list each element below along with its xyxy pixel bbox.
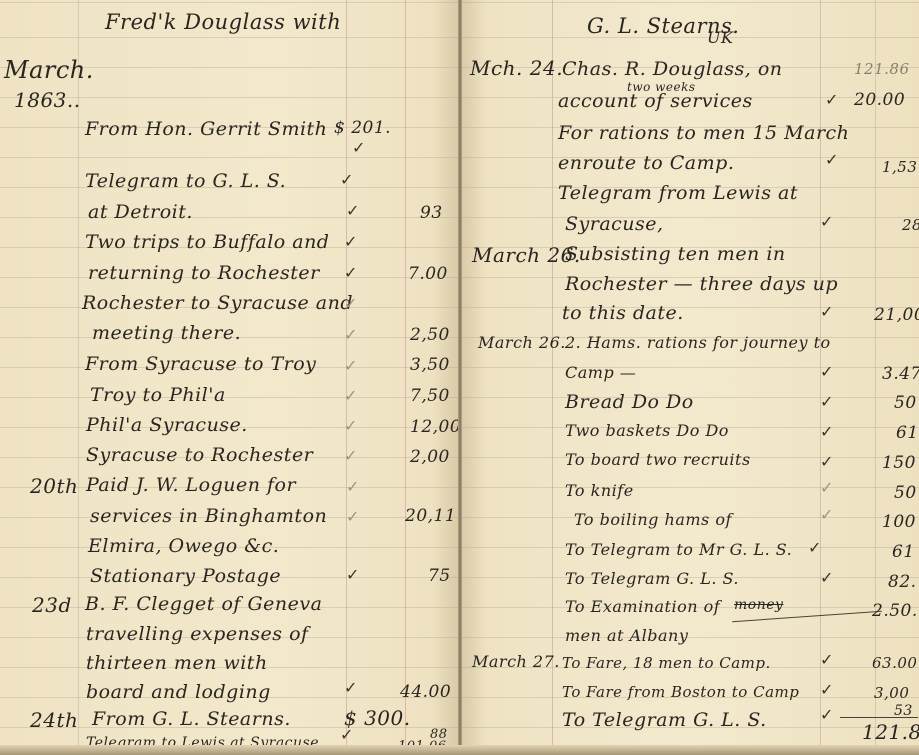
check-mark-icon: ✓ [344,232,357,251]
check-mark-icon: ✓ [820,452,833,471]
ruled-lines [462,0,919,755]
entry-text: To knife [565,481,634,500]
total-rule [840,717,918,718]
check-mark-icon: ✓ [820,680,833,699]
entry-text: To boiling hams of [574,510,732,529]
amount-column-rule [875,0,876,755]
check-mark-icon: ✓ [344,263,357,282]
entry-amount: 28 [902,216,919,234]
left-ledger-page: Fred'k Douglass with March. 1863.. From … [0,0,460,755]
entry-text: Chas. R. Douglass, on [562,58,783,80]
entry-text: For rations to men 15 March [558,122,849,144]
check-mark-icon: ✓ [808,538,821,557]
check-mark-icon: ✓ [346,507,359,526]
entry-text: 2. Hams. rations for journey to [565,333,831,352]
entry-debit: $ 300. [344,706,411,730]
entry-amount: 2,00 [410,447,450,467]
entry-amount-faded: 121.86 [854,60,910,78]
entry-amount: 20,11 [405,506,456,526]
entry-text: Phil'a Syracuse. [86,414,248,436]
check-mark-icon: ✓ [820,505,833,524]
page-bottom-edge [0,745,919,755]
entry-amount: 63.00 [872,654,917,672]
entry-text: Subsisting ten men in [565,243,786,265]
entry-text: account of services [558,90,753,112]
check-mark-icon: ✓ [346,477,359,496]
entry-amount: 7.00 [408,264,448,284]
check-mark-icon: ✓ [346,565,359,584]
right-ledger-page: G. L. Stearns. Mch. 24. Chas. R. Douglas… [462,0,919,755]
entry-text: Syracuse to Rochester [86,444,313,466]
check-mark-icon: ✓ [344,678,357,697]
check-mark-icon: ✓ [344,356,357,375]
entry-text: Troy to Phil'a [90,384,226,406]
entry-amount: 50 [894,483,917,503]
entry-text: services in Binghamton [90,505,327,527]
entry-amount: 93 [420,203,443,223]
entry-amount: 82. [888,572,917,592]
entry-text: Elmira, Owego &c. [88,535,279,557]
check-mark-icon: ✓ [820,650,833,669]
entry-amount: 3.47. [882,364,919,384]
check-mark-icon: ✓ [820,705,833,724]
entry-text: From Syracuse to Troy [85,353,316,375]
entry-text: board and lodging [86,681,271,703]
entry-amount: 12,00 [410,417,461,437]
entry-date: March 27. [472,652,560,671]
entry-text: Syracuse, [565,213,664,235]
entry-text: at Detroit. [88,201,193,223]
entry-text: Rochester to Syracuse and [82,292,353,314]
check-mark-icon: ✓ [820,392,833,411]
entry-date: 20th [30,474,78,498]
date-column-rule [78,0,79,755]
check-mark-icon: ✓ [820,362,833,381]
entry-text: To Telegram to Mr G. L. S. [565,540,792,559]
entry-text: men at Albany [565,626,688,645]
check-mark-icon: ✓ [344,325,357,344]
entry-debit: $ 201. [334,118,391,138]
entry-text: To board two recruits [565,450,751,469]
entry-text: Telegram from Lewis at [558,182,798,204]
entry-text: Two trips to Buffalo and [85,231,329,253]
struck-word: money [734,597,783,613]
entry-text: Two baskets Do Do [565,421,729,440]
entry-text: thirteen men with [86,652,268,674]
month-heading: March. [4,56,94,84]
entry-amount: 150 [882,453,916,473]
entry-text: travelling expenses of [86,623,309,645]
entry-text: To Fare from Boston to Camp [562,683,799,701]
amount-column-rule [405,0,406,755]
entry-date: March 26. [478,333,566,352]
check-mark-icon: ✓ [352,138,365,157]
check-mark-icon: ✓ [346,201,359,220]
entry-amount: 20.00 [854,90,905,110]
date-column-rule [552,0,553,755]
entry-amount: 44.00 [400,682,451,702]
entry-amount: 61. [896,423,919,443]
ledger-spread: Fred'k Douglass with March. 1863.. From … [0,0,919,755]
entry-text: to this date. [562,302,684,324]
check-mark-icon: ✓ [340,725,353,744]
page-header: Fred'k Douglass with [105,10,341,34]
entry-text: Telegram to G. L. S. [85,170,286,192]
check-mark-icon: ✓ [820,212,833,231]
entry-amount: 3,50 [410,355,450,375]
check-mark-icon: ✓ [820,302,833,321]
entry-text: enroute to Camp. [558,152,734,174]
entry-amount: 7,50 [410,386,450,406]
superscript-note: UK [707,28,733,47]
entry-amount: 21,00 [874,305,919,325]
entry-amount: 2,50 [410,325,450,345]
entry-date: Mch. 24. [470,56,563,80]
entry-amount: 100 [882,512,916,532]
entry-text: To Telegram G. L. S. [565,569,739,588]
entry-amount: 1,53 [882,158,917,176]
entry-date: 23d [32,593,72,617]
check-mark-icon: ✓ [820,422,833,441]
entry-amount: 3,00 [874,684,909,702]
entry-date: 24th [30,708,78,732]
check-mark-icon: ✓ [825,150,838,169]
entry-amount: 50 [894,393,917,413]
entry-text: Stationary Postage [90,565,281,587]
entry-text: Camp — [565,363,636,382]
entry-text: meeting there. [92,322,241,344]
entry-text: Bread Do Do [565,391,694,413]
entry-text: Paid J. W. Loguen for [86,474,296,496]
entry-text: To Telegram G. L. S. [562,709,767,731]
check-mark-icon: ✓ [344,294,357,313]
check-mark-icon: ✓ [820,478,833,497]
entry-amount: 75 [428,566,451,586]
check-mark-icon: ✓ [825,90,838,109]
check-mark-icon: ✓ [344,446,357,465]
check-mark-icon: ✓ [344,386,357,405]
year-heading: 1863.. [14,88,81,112]
entry-text: To Fare, 18 men to Camp. [562,654,771,672]
entry-amount: 2.50. [872,601,918,621]
entry-text: Rochester — three days up [565,273,838,295]
page-total: 121.85 [862,720,919,744]
entry-text: B. F. Clegget of Geneva [85,593,322,615]
check-mark-icon: ✓ [820,568,833,587]
entry-text: To Examination of [565,597,720,616]
entry-text: From Hon. Gerrit Smith [85,118,327,140]
check-mark-icon: ✓ [344,416,357,435]
check-mark-icon: ✓ [340,170,353,189]
entry-amount: 61 [892,542,915,562]
entry-text: returning to Rochester [88,262,320,284]
check-column-rule [346,0,347,755]
entry-text: From G. L. Stearns. [92,708,291,730]
